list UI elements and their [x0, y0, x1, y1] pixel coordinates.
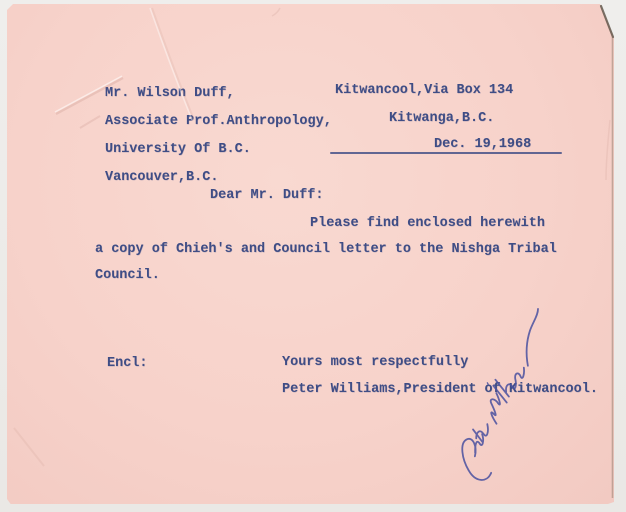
- body-line: Council.: [95, 268, 160, 283]
- date-line: Dec. 19,1968: [434, 137, 531, 152]
- scanner-background: Mr. Wilson Duff, Associate Prof.Anthropo…: [0, 0, 626, 512]
- body-line: a copy of Chieh's and Council letter to …: [95, 242, 557, 257]
- date-underline: [330, 152, 562, 154]
- recipient-line: Associate Prof.Anthropology,: [105, 114, 332, 129]
- sender-line: Kitwancool,Via Box 134: [335, 83, 513, 98]
- sender-line: Kitwanga,B.C.: [389, 111, 494, 126]
- recipient-line: University Of B.C.: [105, 142, 251, 157]
- salutation: Dear Mr. Duff:: [210, 188, 323, 203]
- enclosure-label: Encl:: [107, 356, 148, 371]
- closing-line: Yours most respectfully: [282, 355, 468, 370]
- body-line: Please find enclosed herewith: [310, 216, 545, 231]
- recipient-line: Mr. Wilson Duff,: [105, 86, 235, 101]
- typed-signature-line: Peter Williams,President of Kitwancool.: [282, 382, 598, 397]
- recipient-line: Vancouver,B.C.: [105, 170, 218, 185]
